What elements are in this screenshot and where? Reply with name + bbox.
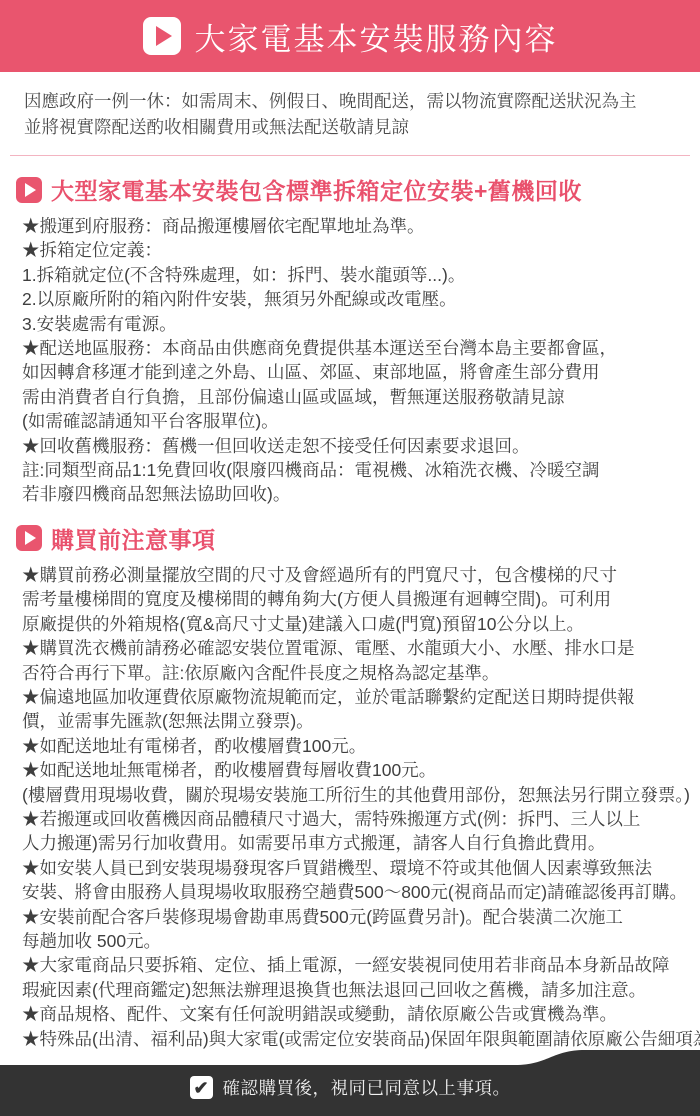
text-line: ★回收舊機服務：舊機一但回收送走恕不接受任何因素要求退回。: [22, 434, 690, 458]
section-heading-installation: 大型家電基本安裝包含標準拆箱定位安裝+舊機回收: [16, 173, 700, 206]
text-line: 需考量樓梯間的寬度及樓梯間的轉角夠大(方便人員搬運有迴轉空間)。可利用: [22, 587, 690, 611]
text-line: (樓層費用現場收費，關於現場安裝施工所衍生的其他費用部份，恕無法另行開立發票。): [22, 783, 690, 807]
text-line: 如因轉倉移運才能到達之外島、山區、郊區、東部地區，將會產生部分費用: [22, 360, 690, 384]
text-line: 註:同類型商品1:1免費回收(限廢四機商品：電視機、冰箱洗衣機、冷暖空調: [22, 458, 690, 482]
section-title: 購買前注意事項: [51, 522, 216, 555]
section-heading-purchase-notes: 購買前注意事項: [16, 522, 700, 555]
text-line: ★若搬運或回收舊機因商品體積尺寸過大，需特殊搬運方式(例：拆門、三人以上: [22, 807, 690, 831]
intro-line-2: 並將視實際配送酌收相關費用或無法配送敬請見諒: [24, 114, 676, 140]
text-line: ★如配送地址無電梯者，酌收樓層費每層收費100元。: [22, 758, 690, 782]
text-line: ★拆箱定位定義：: [22, 238, 690, 262]
text-line: ★搬運到府服務：商品搬運樓層依宅配單地址為準。: [22, 214, 690, 238]
intro-line-1: 因應政府一例一休：如需周末、例假日、晚間配送，需以物流實際配送狀況為主: [24, 88, 676, 114]
text-line: 瑕疵因素(代理商鑑定)恕無法辦理退換貨也無法退回己回收之舊機，請多加注意。: [22, 978, 690, 1002]
text-line: ★偏遠地區加收運費依原廠物流規範而定，並於電話聯繫約定配送日期時提供報: [22, 685, 690, 709]
text-line: ★特殊品(出清、福利品)與大家電(或需定位安裝商品)保固年限與範圍請依原廠公告細…: [22, 1027, 690, 1051]
divider-line: [10, 155, 690, 156]
text-line: 2.以原廠所附的箱內附件安裝，無須另外配線或改電壓。: [22, 287, 690, 311]
text-line: ★如配送地址有電梯者，酌收樓層費100元。: [22, 734, 690, 758]
play-triangle-icon: [25, 183, 36, 197]
play-icon: [143, 17, 181, 55]
play-triangle-icon: [156, 26, 172, 46]
text-line: 價，並需事先匯款(恕無法開立發票)。: [22, 709, 690, 733]
play-icon: [16, 525, 42, 551]
text-line: 原廠提供的外箱規格(寬&高尺寸丈量)建議入口處(門寬)預留10公分以上。: [22, 612, 690, 636]
play-icon: [16, 177, 42, 203]
text-line: 安裝、將會由服務人員現場收取服務空趟費500～800元(視商品而定)請確認後再訂…: [22, 880, 690, 904]
footer-agreement: ✔ 確認購買後，視同已同意以上事項。: [0, 1075, 700, 1100]
checkbox-checked-icon[interactable]: ✔: [190, 1076, 213, 1099]
text-line: ★如安裝人員已到安裝現場發現客戶買錯機型、環境不符或其他個人因素導致無法: [22, 856, 690, 880]
text-line: ★商品規格、配件、文案有任何說明錯誤或變動，請依原廠公告或實機為準。: [22, 1002, 690, 1026]
page-title: 大家電基本安裝服務內容: [195, 14, 558, 59]
text-line: 需由消費者自行負擔，且部份偏遠山區或區域，暫無運送服務敬請見諒: [22, 385, 690, 409]
footer-agreement-text: 確認購買後，視同已同意以上事項。: [223, 1075, 511, 1100]
text-line: ★大家電商品只要拆箱、定位、插上電源，一經安裝視同使用若非商品本身新品故障: [22, 953, 690, 977]
text-line: ★安裝前配合客戶裝修現場會勘車馬費500元(跨區費另計)。配合裝潢二次施工: [22, 905, 690, 929]
text-line: (如需確認請通知平台客服單位)。: [22, 409, 690, 433]
section-purchase-notes-body: ★購買前務必測量擺放空間的尺寸及會經過所有的門寬尺寸，包含樓梯的尺寸需考量樓梯間…: [22, 563, 690, 1051]
text-line: ★配送地區服務：本商品由供應商免費提供基本運送至台灣本島主要都會區，: [22, 336, 690, 360]
play-triangle-icon: [25, 531, 36, 545]
page-header: 大家電基本安裝服務內容: [0, 0, 700, 72]
text-line: 人力搬運)需另行加收費用。如需要吊車方式搬運，請客人自行負擔此費用。: [22, 831, 690, 855]
text-line: 否符合再行下單。註:依原廠內含配件長度之規格為認定基準。: [22, 661, 690, 685]
section-installation-body: ★搬運到府服務：商品搬運樓層依宅配單地址為準。★拆箱定位定義：1.拆箱就定位(不…: [22, 214, 690, 507]
intro-note: 因應政府一例一休：如需周末、例假日、晚間配送，需以物流實際配送狀況為主 並將視實…: [24, 88, 676, 140]
text-line: ★購買洗衣機前請務必確認安裝位置電源、電壓、水龍頭大小、水壓、排水口是: [22, 636, 690, 660]
text-line: 3.安裝處需有電源。: [22, 312, 690, 336]
text-line: 若非廢四機商品恕無法協助回收)。: [22, 482, 690, 506]
text-line: 1.拆箱就定位(不含特殊處理，如：拆門、裝水龍頭等...)。: [22, 263, 690, 287]
footer-bar: ✔ 確認購買後，視同已同意以上事項。: [0, 1050, 700, 1116]
text-line: 每趟加收 500元。: [22, 929, 690, 953]
text-line: ★購買前務必測量擺放空間的尺寸及會經過所有的門寬尺寸，包含樓梯的尺寸: [22, 563, 690, 587]
section-title: 大型家電基本安裝包含標準拆箱定位安裝+舊機回收: [51, 173, 582, 206]
